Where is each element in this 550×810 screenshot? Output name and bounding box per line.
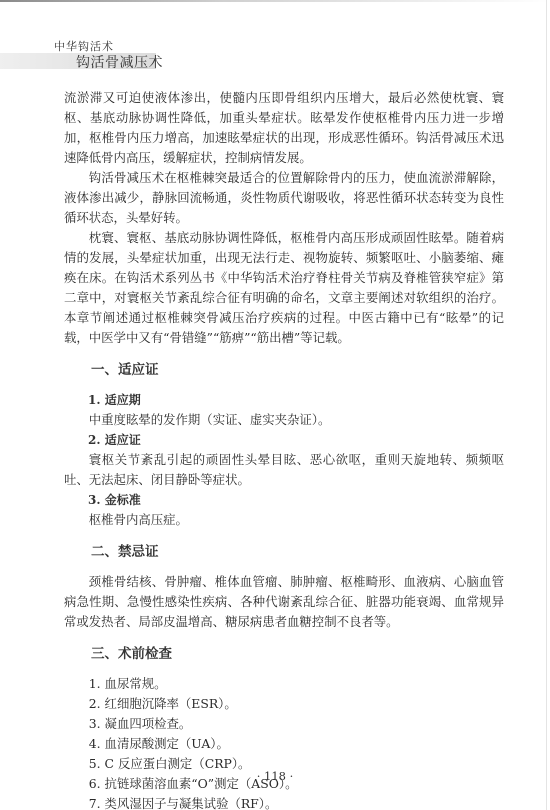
paragraph: 颈椎骨结核、骨肿瘤、椎体血管瘤、肺肿瘤、枢椎畸形、血液病、心脑血管病急性期、急慢… — [64, 572, 504, 632]
page-right-edge — [546, 0, 547, 810]
running-header-chapter-title: 钩活骨减压术 — [76, 52, 163, 72]
section-heading-preop-exams: 三、术前检查 — [64, 644, 504, 664]
section-heading-indications: 一、适应证 — [64, 360, 504, 380]
list-item: 7. 类风湿因子与凝集试验（RF）。 — [64, 794, 504, 810]
page-content: 流淤滞又可迫使液体渗出，使髓内压即骨组织内压增大，最后必然使枕寰、寰枢、基底动脉… — [64, 88, 504, 810]
list-item: 2. 红细胞沉降率（ESR）。 — [64, 694, 504, 714]
subsection-heading: 2. 适应证 — [64, 430, 504, 450]
list-item: 1. 血尿常规。 — [64, 674, 504, 694]
list-item: 3. 凝血四项检查。 — [64, 714, 504, 734]
paragraph: 钩活骨减压术在枢椎棘突最适合的位置解除骨内的压力，使血流淤滞解除，液体渗出减少，… — [64, 168, 504, 228]
page-top-edge — [0, 0, 550, 2]
page-number: · 118 · — [0, 769, 550, 783]
subsection-text: 枢椎骨内高压症。 — [64, 510, 504, 530]
subsection-text: 寰枢关节紊乱引起的顽固性头晕目眩、恶心欲呕，重则天旋地转、频频呕吐、无法起床、闭… — [64, 450, 504, 490]
subsection-heading: 1. 适应期 — [64, 390, 504, 410]
subsection-text: 中重度眩晕的发作期（实证、虚实夹杂证）。 — [64, 410, 504, 430]
preop-exam-list: 1. 血尿常规。 2. 红细胞沉降率（ESR）。 3. 凝血四项检查。 4. 血… — [64, 674, 504, 810]
subsection-heading: 3. 金标准 — [64, 490, 504, 510]
list-item: 4. 血清尿酸测定（UA）。 — [64, 734, 504, 754]
section-heading-contraindications: 二、禁忌证 — [64, 542, 504, 562]
paragraph: 枕寰、寰枢、基底动脉协调性降低，枢椎骨内高压形成顽固性眩晕。随着病情的发展，头晕… — [64, 228, 504, 348]
paragraph-continuation: 流淤滞又可迫使液体渗出，使髓内压即骨组织内压增大，最后必然使枕寰、寰枢、基底动脉… — [64, 88, 504, 168]
